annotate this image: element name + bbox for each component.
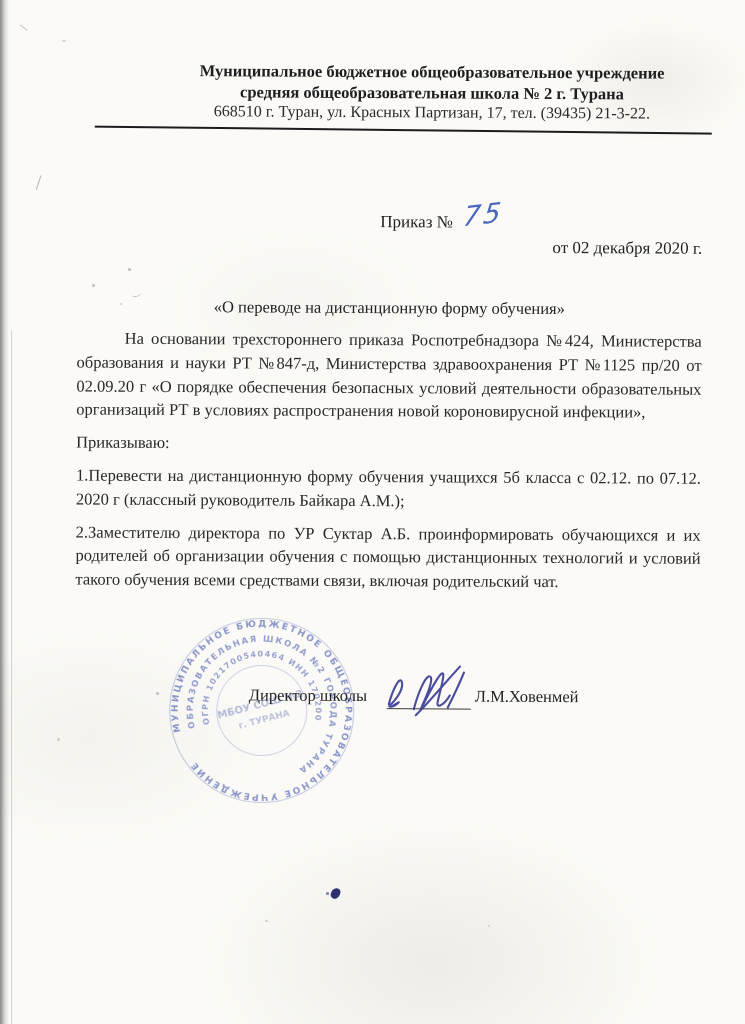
scan-speckle: [488, 925, 490, 927]
scanned-document-page: Муниципальное бюджетное общеобразователь…: [0, 0, 745, 1024]
scan-speckle: [120, 303, 122, 305]
school-seal-stamp: МУНИЦИПАЛЬНОЕ БЮДЖЕТНОЕ ОБЩЕОБРАЗОВАТЕЛЬ…: [161, 610, 362, 811]
organization-address: 668510 г. Туран, ул. Красных Партизан, 1…: [132, 102, 732, 126]
scan-speckle: [92, 284, 95, 287]
order-date: от 02 декабря 2020 г.: [77, 236, 702, 259]
ink-blot-speck: [326, 892, 329, 895]
organization-name-line1: Муниципальное бюджетное общеобразователь…: [132, 61, 732, 85]
scan-speckle: [128, 268, 131, 271]
scan-speckle: [156, 692, 159, 695]
order-item-1: 1.Перевести на дистанционную форму обуче…: [76, 464, 701, 515]
directive-word: Приказываю:: [76, 431, 701, 458]
handwritten-order-number: 75: [461, 197, 505, 233]
handwritten-signature: [379, 662, 483, 721]
scan-speckle: [265, 920, 268, 922]
order-item-2: 2.Заместителю директора по УР Суктар А.Б…: [75, 520, 700, 595]
letterhead: Муниципальное бюджетное общеобразователь…: [132, 61, 732, 126]
preamble-paragraph: На основании трехстороннего приказа Росп…: [76, 327, 701, 425]
letterhead-divider: [95, 126, 712, 135]
order-label: Приказ №: [380, 212, 453, 231]
scan-speckle: [57, 738, 60, 741]
signature-director-name: Л.М.Ховенмей: [475, 687, 579, 708]
signature-role-label: Директор школы: [249, 685, 367, 706]
scan-speckle: [62, 40, 66, 42]
document-content: Муниципальное бюджетное общеобразователь…: [0, 0, 745, 1024]
order-title: «О переводе на дистанционную форму обуче…: [77, 297, 702, 320]
order-body: На основании трехстороннего приказа Росп…: [75, 327, 701, 595]
order-number-line: Приказ №75: [77, 202, 702, 236]
